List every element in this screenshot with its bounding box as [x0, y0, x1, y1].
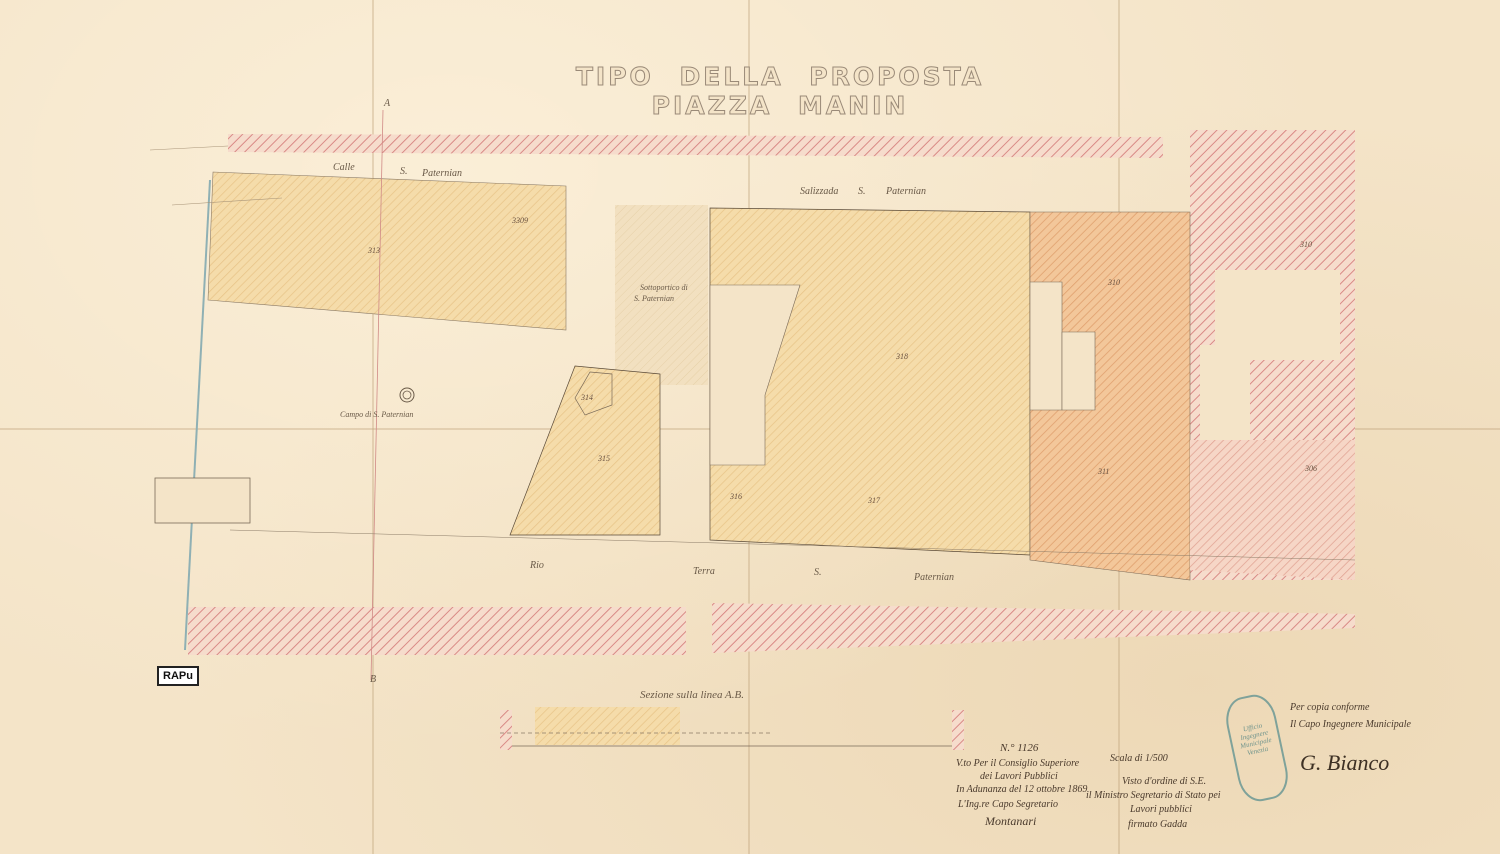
- street-label: Calle: [333, 162, 355, 173]
- parcel-306: [1190, 440, 1355, 580]
- wellhead: [400, 388, 414, 402]
- street-label: Campo di S. Paternian: [340, 410, 413, 419]
- parcel-number: 310: [1108, 278, 1120, 287]
- parcel-number: 313: [368, 246, 380, 255]
- section-title: Sezione sulla linea A.B.: [640, 689, 744, 701]
- parcel-number: 311: [1098, 467, 1109, 476]
- parcel-number: 317: [868, 496, 880, 505]
- annotation-line: firmato Gadda: [1128, 818, 1187, 831]
- annotation-line: Per copia conforme: [1290, 701, 1369, 714]
- section-marker-a: A: [384, 98, 390, 109]
- street-label: Salizzada: [800, 186, 838, 197]
- map-sheet: TIPO DELLA PROPOSTA PIAZZA MANIN: [0, 0, 1500, 854]
- scale-label: Scala di 1/500: [1110, 752, 1168, 765]
- annotation-line: Lavori pubblici: [1130, 803, 1192, 816]
- section-marker-b: B: [370, 674, 376, 685]
- signature: Montanari: [985, 815, 1036, 828]
- existing-buildings-south-west: [188, 607, 686, 655]
- parcel-315: [510, 366, 660, 535]
- annotation-line: V.to Per il Consiglio Superiore: [956, 757, 1079, 770]
- annotation-line: In Adunanza del 12 ottobre 1869: [956, 783, 1087, 796]
- parcel-number: 306: [1305, 464, 1317, 473]
- number-label: N.° 1126: [1000, 742, 1038, 755]
- street-label: Sottoportico di: [640, 283, 688, 292]
- parcel-number: 3309: [512, 216, 528, 225]
- street-label: S.: [400, 166, 408, 177]
- annotation-line: Il Capo Ingegnere Municipale: [1290, 718, 1411, 731]
- existing-buildings-north: [228, 134, 1163, 158]
- street-label: S.: [858, 186, 866, 197]
- street-label: S.: [814, 567, 822, 578]
- parcel-number: 316: [730, 492, 742, 501]
- bridge: [155, 478, 250, 523]
- existing-buildings-south-east: [712, 603, 1355, 653]
- signature: G. Bianco: [1300, 750, 1389, 776]
- street-label: Terra: [693, 566, 715, 577]
- parcel-number: 318: [896, 352, 908, 361]
- annotation-line: dei Lavori Pubblici: [980, 770, 1058, 783]
- street-label: Paternian: [422, 168, 462, 179]
- street-label: Rio: [530, 560, 544, 571]
- parcel-313: [208, 172, 566, 330]
- archive-stamp: RAPu: [157, 666, 199, 686]
- parcel-number: 310: [1300, 240, 1312, 249]
- annotation-line: Visto d'ordine di S.E.: [1122, 775, 1206, 788]
- street-label: S. Paternian: [634, 294, 674, 303]
- annotation-line: L'Ing.re Capo Segretario: [958, 798, 1058, 811]
- parcel-number: 314: [581, 393, 593, 402]
- street-label: Paternian: [886, 186, 926, 197]
- street-label: Paternian: [914, 572, 954, 583]
- annotation-line: il Ministro Segretario di Stato pei: [1086, 789, 1221, 802]
- parcel-number: 315: [598, 454, 610, 463]
